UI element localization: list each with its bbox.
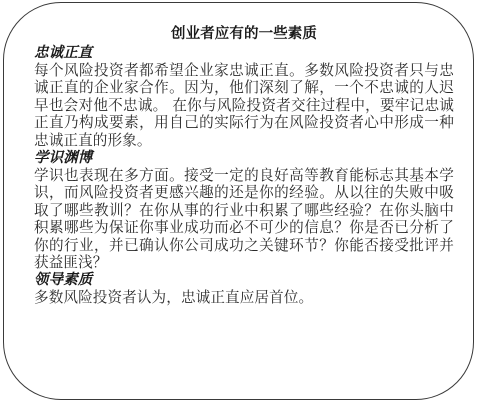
section-integrity: 忠诚正直 每个风险投资者都希望企业家忠诚正直。多数风险投资者只与忠诚正直的企业家… bbox=[34, 44, 454, 149]
section-heading: 领导素质 bbox=[34, 271, 454, 289]
rounded-document-frame: 创业者应有的一些素质 忠诚正直 每个风险投资者都希望企业家忠诚正直。多数风险投资… bbox=[3, 2, 474, 400]
section-leadership: 领导素质 多数风险投资者认为，忠诚正直应居首位。 bbox=[34, 271, 454, 306]
section-body: 学识也表现在多方面。接受一定的良好高等教育能标志其基本学识，而风险投资者更感兴趣… bbox=[34, 167, 454, 271]
section-body: 每个风险投资者都希望企业家忠诚正直。多数风险投资者只与忠诚正直的企业家合作。因为… bbox=[34, 62, 454, 149]
section-heading: 学识渊博 bbox=[34, 149, 454, 167]
document-content: 创业者应有的一些素质 忠诚正直 每个风险投资者都希望企业家忠诚正直。多数风险投资… bbox=[34, 25, 454, 307]
section-body: 多数风险投资者认为，忠诚正直应居首位。 bbox=[34, 289, 454, 306]
section-heading: 忠诚正直 bbox=[34, 44, 454, 62]
section-knowledge: 学识渊博 学识也表现在多方面。接受一定的良好高等教育能标志其基本学识，而风险投资… bbox=[34, 149, 454, 271]
document-title: 创业者应有的一些素质 bbox=[34, 25, 454, 43]
